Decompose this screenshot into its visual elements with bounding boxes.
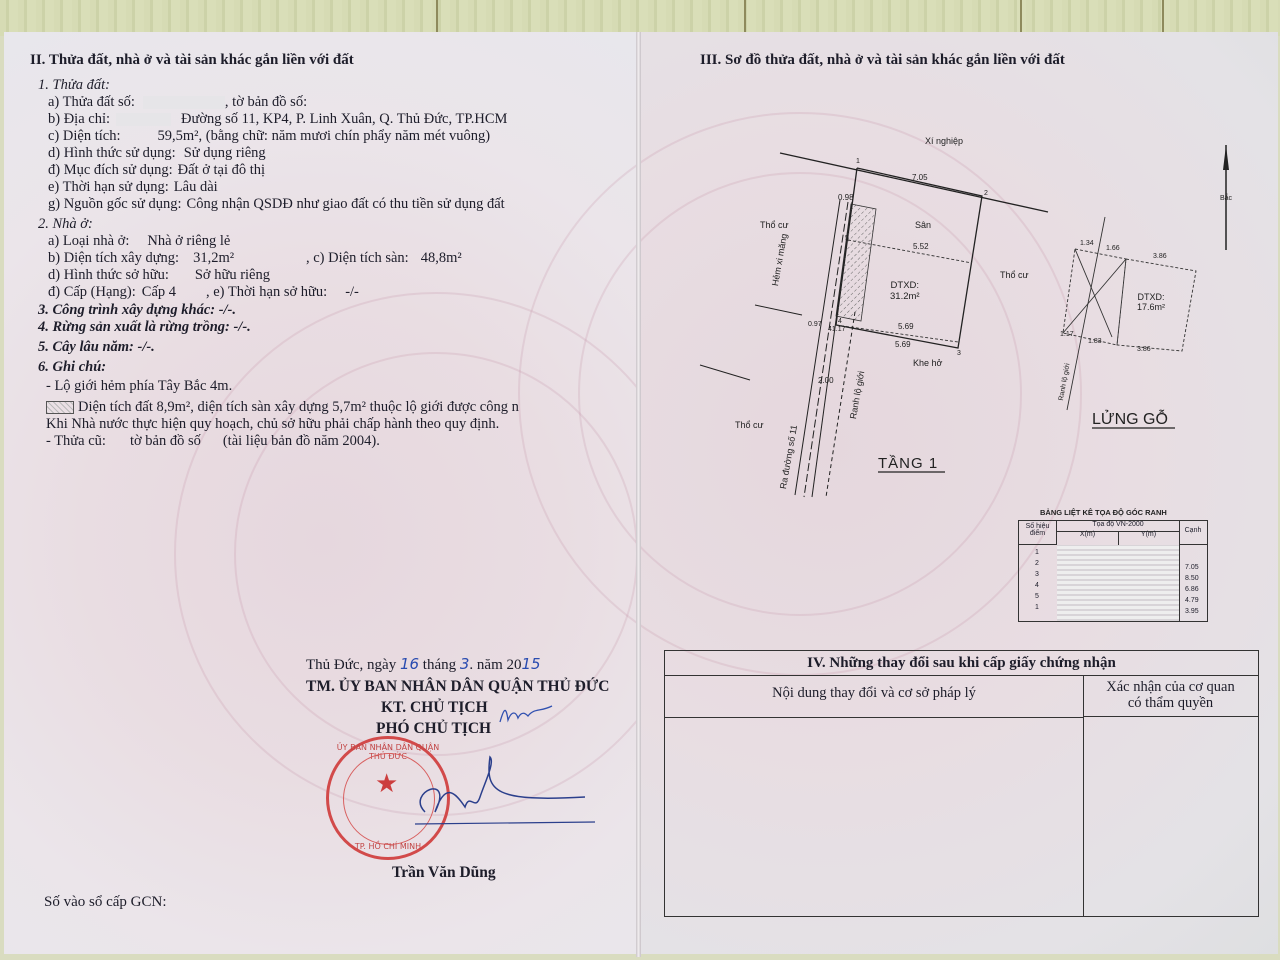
neighbor-top-label: Xí nghiệp: [925, 136, 963, 146]
perennial-trees: 5. Cây lâu năm: -/-.: [38, 339, 155, 356]
changes-col-confirm: Xác nhận của cơ quan có thẩm quyền: [1083, 675, 1258, 717]
mz-dim-183: 1.83: [1088, 338, 1102, 345]
signing-date: Thủ Đức, ngày 16 tháng 3. năm 2015: [306, 656, 541, 674]
land-address: b) Địa chỉ:Đường số 11, KP4, P. Linh Xuâ…: [48, 111, 507, 128]
dim-4117: 41.17: [828, 326, 846, 333]
dim-552: 5.52: [913, 242, 929, 251]
changes-content-cell[interactable]: [665, 717, 1083, 916]
point-3: 3: [957, 350, 961, 357]
land-usage-form: d) Hình thức sử dụng:Sử dụng riêng: [48, 145, 266, 162]
dim-097: 0.97: [808, 321, 822, 328]
changes-table: IV. Những thay đổi sau khi cấp giấy chứn…: [664, 650, 1259, 917]
gap-label: Khe hở: [913, 358, 942, 368]
coord-point: 5: [1035, 593, 1039, 600]
col-y-header: Y(m): [1118, 531, 1180, 546]
land-area: c) Diện tích:59,5m², (bằng chữ: năm mươi…: [48, 128, 490, 145]
mz-dim-386-bottom: 3.86: [1137, 346, 1151, 353]
registry-number-label: Số vào sổ cấp GCN:: [44, 894, 167, 911]
point-5: 5: [845, 235, 849, 242]
land-origin: g) Nguồn gốc sử dụng:Công nhận QSDĐ như …: [48, 196, 505, 213]
chairman-signature: [395, 752, 595, 842]
land-heading: 1. Thửa đất:: [38, 77, 110, 94]
coord-row: 46.86: [1019, 582, 1207, 593]
planted-forest: 4. Rừng sản xuất là rừng trồng: -/-.: [38, 319, 251, 336]
coord-point: 4: [1035, 582, 1039, 589]
coord-row: 1: [1019, 549, 1207, 560]
signing-org: TM. ỦY BAN NHÂN DÂN QUẬN THỦ ĐỨC: [306, 678, 609, 695]
note-planning: Khi Nhà nước thực hiện quy hoạch, chủ sở…: [46, 416, 499, 433]
mz-dim-134: 1.34: [1080, 240, 1094, 247]
land-usage-term: e) Thời hạn sử dụng:Lâu dài: [48, 179, 218, 196]
house-ownership-term: , e) Thời hạn sở hữu:-/-: [206, 284, 359, 301]
changes-title: IV. Những thay đổi sau khi cấp giấy chứn…: [665, 651, 1258, 676]
house-heading: 2. Nhà ở:: [38, 216, 93, 233]
coord-table-title: BẢNG LIỆT KÊ TỌA ĐỘ GÓC RANH: [1040, 508, 1167, 517]
floor1-area: DTXD: 31.2m²: [890, 280, 920, 302]
page-fold: [636, 32, 641, 957]
section-2-title: II. Thửa đất, nhà ở và tài sản khác gắn …: [30, 52, 354, 69]
coord-edge: 7.05: [1185, 564, 1199, 571]
neighbor-left-label: Thổ cư: [760, 220, 789, 230]
house-ownership: d) Hình thức sở hữu:Sở hữu riêng: [48, 267, 270, 284]
coord-row: 27.05: [1019, 560, 1207, 571]
dim-569-b: 5.69: [895, 340, 911, 349]
col-point-header: Số hiệu điểm: [1019, 521, 1057, 545]
note-old-parcel: - Thửa cũ:tờ bản đồ số(tài liệu bản đồ n…: [46, 433, 380, 450]
point-2: 2: [984, 190, 988, 197]
note-encroach-area: Diện tích đất 8,9m², diện tích sàn xây d…: [46, 399, 552, 416]
coord-point: 1: [1035, 549, 1039, 556]
col-x-header: X(m): [1057, 531, 1119, 546]
coord-edge: 4.79: [1185, 597, 1199, 604]
coord-row: 38.50: [1019, 571, 1207, 582]
mezzanine-area: DTXD: 17.6m²: [1137, 292, 1165, 312]
dim-098: 0.98: [838, 193, 854, 202]
point-4: 4: [838, 318, 842, 325]
coord-row: 54.79: [1019, 593, 1207, 604]
yard-label: Sân: [915, 220, 931, 230]
neighbor-bottom-left-label: Thổ cư: [735, 420, 764, 430]
coord-edge: 3.95: [1185, 608, 1199, 615]
other-constructions: 3. Công trình xây dựng khác: -/-.: [38, 302, 236, 319]
coord-table: Số hiệu điểm Tọa độ VN-2000 X(m) Y(m) Cạ…: [1018, 520, 1208, 622]
coord-point: 3: [1035, 571, 1039, 578]
house-grade: đ) Cấp (Hạng):Cấp 4: [48, 284, 176, 301]
land-parcel-number: a) Thửa đất số:, tờ bản đồ số:: [48, 94, 307, 111]
coord-edge: 8.50: [1185, 575, 1199, 582]
signing-role-1: KT. CHỦ TỊCH: [381, 699, 488, 716]
mz-dim-386-top: 3.86: [1153, 253, 1167, 260]
land-usage-purpose: đ) Mục đích sử dụng:Đất ở tại đô thị: [48, 162, 265, 179]
mz-dim-117: 1.17: [1060, 331, 1074, 338]
notes-heading: 6. Ghi chú:: [38, 359, 106, 376]
signing-role-2: PHÓ CHỦ TỊCH: [376, 720, 491, 737]
dim-200: 2.00: [818, 376, 834, 385]
changes-col-content: Nội dung thay đổi và cơ sở pháp lý: [665, 675, 1084, 718]
house-build-area: b) Diện tích xây dựng:31,2m²: [48, 250, 234, 267]
point-1: 1: [856, 158, 860, 165]
house-floor-area: , c) Diện tích sàn:48,8m²: [306, 250, 462, 267]
dim-top: 7.05: [912, 173, 928, 182]
north-arrow-label: Bắc: [1220, 195, 1232, 202]
floor1-title: TẦNG 1: [878, 455, 938, 472]
initial-signature: [496, 700, 556, 728]
signer-name: Trần Văn Dũng: [392, 864, 496, 881]
wooden-wall-background: [0, 0, 1280, 36]
changes-confirm-cell[interactable]: [1084, 717, 1258, 916]
mz-dim-166: 1.66: [1106, 245, 1120, 252]
hatch-legend-icon: [46, 401, 74, 414]
coord-point: 1: [1035, 604, 1039, 611]
coord-edge: 6.86: [1185, 586, 1199, 593]
col-edge-header: Cạnh: [1179, 521, 1207, 545]
section-3-title: III. Sơ đồ thửa đất, nhà ở và tài sản kh…: [700, 52, 1065, 69]
house-type: a) Loại nhà ở:Nhà ở riêng lẻ: [48, 233, 230, 250]
dim-569-a: 5.69: [898, 322, 914, 331]
neighbor-right-label: Thổ cư: [1000, 270, 1029, 280]
coord-row: 13.95: [1019, 604, 1207, 615]
coord-point: 2: [1035, 560, 1039, 567]
note-road-boundary: - Lộ giới hẻm phía Tây Bắc 4m.: [46, 378, 232, 395]
mezzanine-title: LỬNG GỖ: [1092, 411, 1168, 429]
